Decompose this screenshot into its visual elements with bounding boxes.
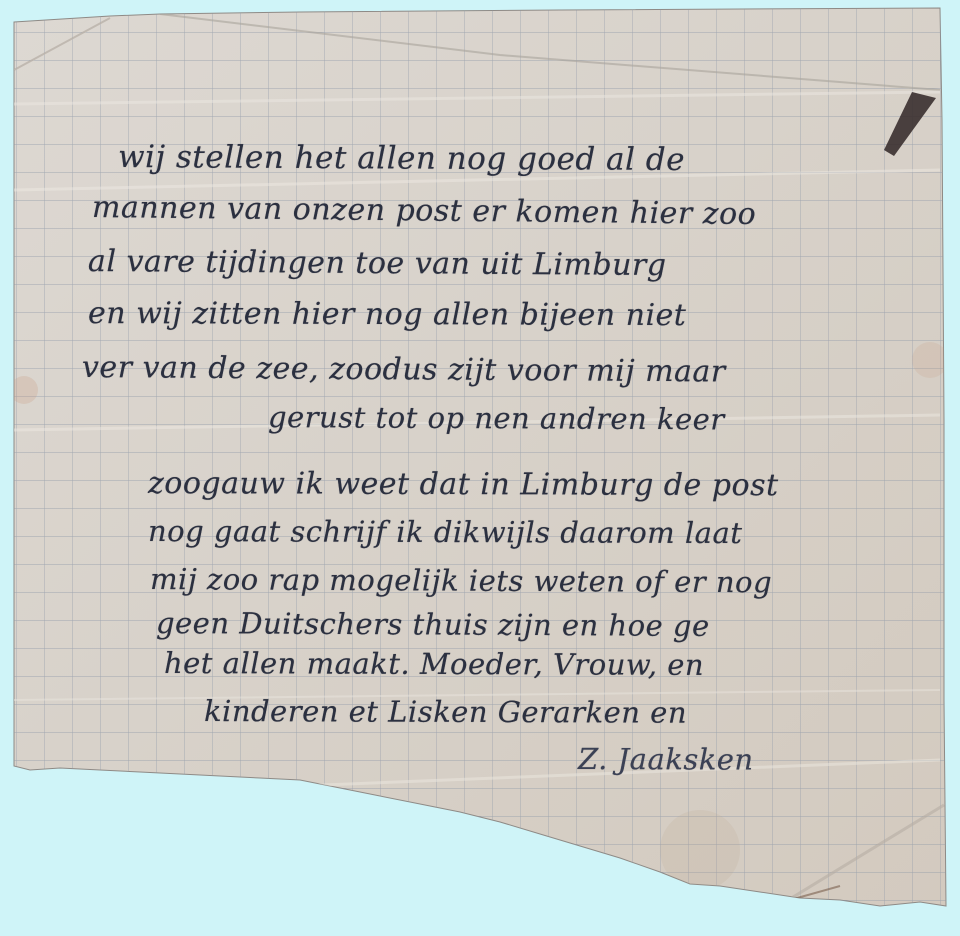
graph-paper-sheet (0, 0, 960, 936)
document-scan: wij stellen het allen nog goed al de man… (0, 0, 960, 936)
grid-lines (0, 0, 960, 936)
